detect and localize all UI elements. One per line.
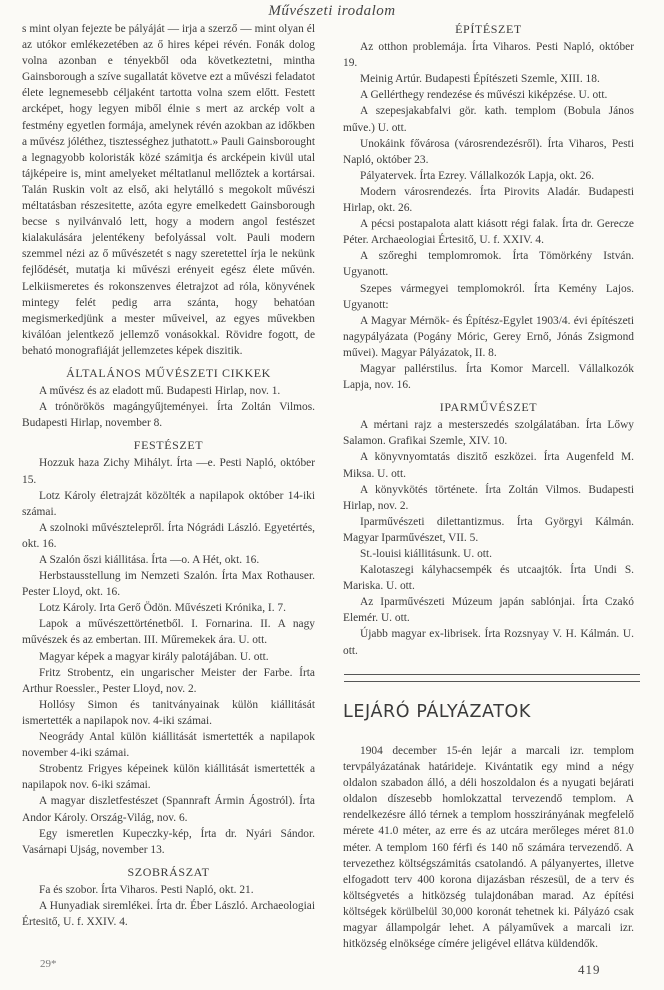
list-item: Magyar pallérstilus. Írta Komor Marcell.… (343, 361, 634, 393)
list-item: A szolnoki művésztelepről. Írta Nógrádi … (22, 520, 315, 552)
list-item: Újabb magyar ex-librisek. Írta Rozsnyay … (343, 626, 634, 658)
list-item: A Hunyadiak siremlékei. Írta dr. Éber Lá… (22, 898, 315, 930)
list-item: Az Iparművészeti Múzeum japán sablónjai.… (343, 594, 634, 626)
list-item: A könyvkötés története. Írta Zoltán Vilm… (343, 482, 634, 514)
page-number: 419 (578, 962, 601, 978)
list-item: Iparművészeti dilettantizmus. Írta Györg… (343, 514, 634, 546)
list-item: Lotz Károly életrajzát közölték a napila… (22, 488, 315, 520)
list-item: A szepesjakabfalvi gör. kath. templom (B… (343, 103, 634, 135)
list-item: Kalotaszegi kályhacsempék és utcaajtók. … (343, 562, 634, 594)
right-column: ÉPÍTÉSZET Az otthon problemája. Írta Vih… (343, 21, 634, 659)
list-item: A Magyar Mérnök- és Építész-Egylet 1903/… (343, 313, 634, 361)
list-item: Egy ismeretlen Kupeczky-kép, Írta dr. Ny… (22, 826, 315, 858)
list-item: Hozzuk haza Zichy Mihályt. Írta —e. Pest… (22, 455, 315, 487)
signature-mark: 29* (40, 958, 57, 970)
divider-rule (344, 681, 640, 682)
list-item: Herbstausstellung im Nemzeti Szalón. Írt… (22, 568, 315, 600)
list-item: Hollósy Simon és tanitványainak külön ki… (22, 697, 315, 729)
left-column: s mint olyan fejezte be pályáját — irja … (22, 21, 315, 930)
competitions-notice: 1904 december 15-én lejár a marcali izr.… (343, 743, 634, 952)
list-item: Szepes vármegyei templomokról. Írta Kemé… (343, 281, 634, 313)
list-item: A trónörökös magángyűjteményei. Írta Zol… (22, 399, 315, 431)
list-item: A mértani rajz a mesterszedés szolgálatá… (343, 417, 634, 449)
list-item: Magyar képek a magyar király palotájában… (22, 649, 315, 665)
list-item: A pécsi postapalota alatt kiásott régi f… (343, 216, 634, 248)
section-heading-iparmuveszet: IPARMŰVÉSZET (343, 399, 634, 415)
section-heading-szobraszat: SZOBRÁSZAT (22, 864, 315, 880)
list-item: A Szalón őszi kiállitása. Írta —o. A Hét… (22, 552, 315, 568)
section-heading-altalanos: ÁLTALÁNOS MŰVÉSZETI CIKKEK (22, 365, 315, 381)
list-item: A szőreghi templomromok. Írta Tömörkény … (343, 248, 634, 280)
list-item: Neogrády Antal külön kiállitását ismerte… (22, 729, 315, 761)
intro-paragraph: s mint olyan fejezte be pályáját — irja … (22, 21, 315, 359)
list-item: A művész és az eladott mű. Budapesti Hir… (22, 383, 315, 399)
list-item: Fritz Strobentz, ein ungarischer Meister… (22, 665, 315, 697)
running-head: Művészeti irodalom (0, 3, 664, 20)
list-item: Modern városrendezés. Írta Pirovits Alad… (343, 184, 634, 216)
list-item: Unokáink fővárosa (városrendezésről). Ír… (343, 136, 634, 168)
list-item: St.-louisi kiállitásunk. U. ott. (343, 546, 634, 562)
divider-rule (344, 674, 640, 675)
list-item: Fa és szobor. Írta Viharos. Pesti Napló,… (22, 882, 315, 898)
competitions-title: LEJÁRÓ PÁLYÁZATOK (343, 702, 531, 722)
list-item: Lotz Károly. Irta Gerő Ödön. Művészeti K… (22, 600, 315, 616)
list-item: Az otthon problemája. Írta Viharos. Pest… (343, 39, 634, 71)
list-item: Meinig Artúr. Budapesti Építészeti Szeml… (343, 71, 634, 87)
list-item: Lapok a művészettörténetből. I. Fornarin… (22, 616, 315, 648)
section-heading-epiteszet: ÉPÍTÉSZET (343, 21, 634, 37)
section-heading-festeszet: FESTÉSZET (22, 437, 315, 453)
list-item: Pályatervek. Írta Ezrey. Vállalkozók Lap… (343, 168, 634, 184)
list-item: A könyvnyomtatás diszitő eszközei. Írta … (343, 449, 634, 481)
list-item: Strobentz Frigyes képeinek külön kiállit… (22, 761, 315, 793)
list-item: A Gellérthegy rendezése és művészi kikép… (343, 87, 634, 103)
list-item: A magyar diszletfestészet (Spannraft Árm… (22, 793, 315, 825)
